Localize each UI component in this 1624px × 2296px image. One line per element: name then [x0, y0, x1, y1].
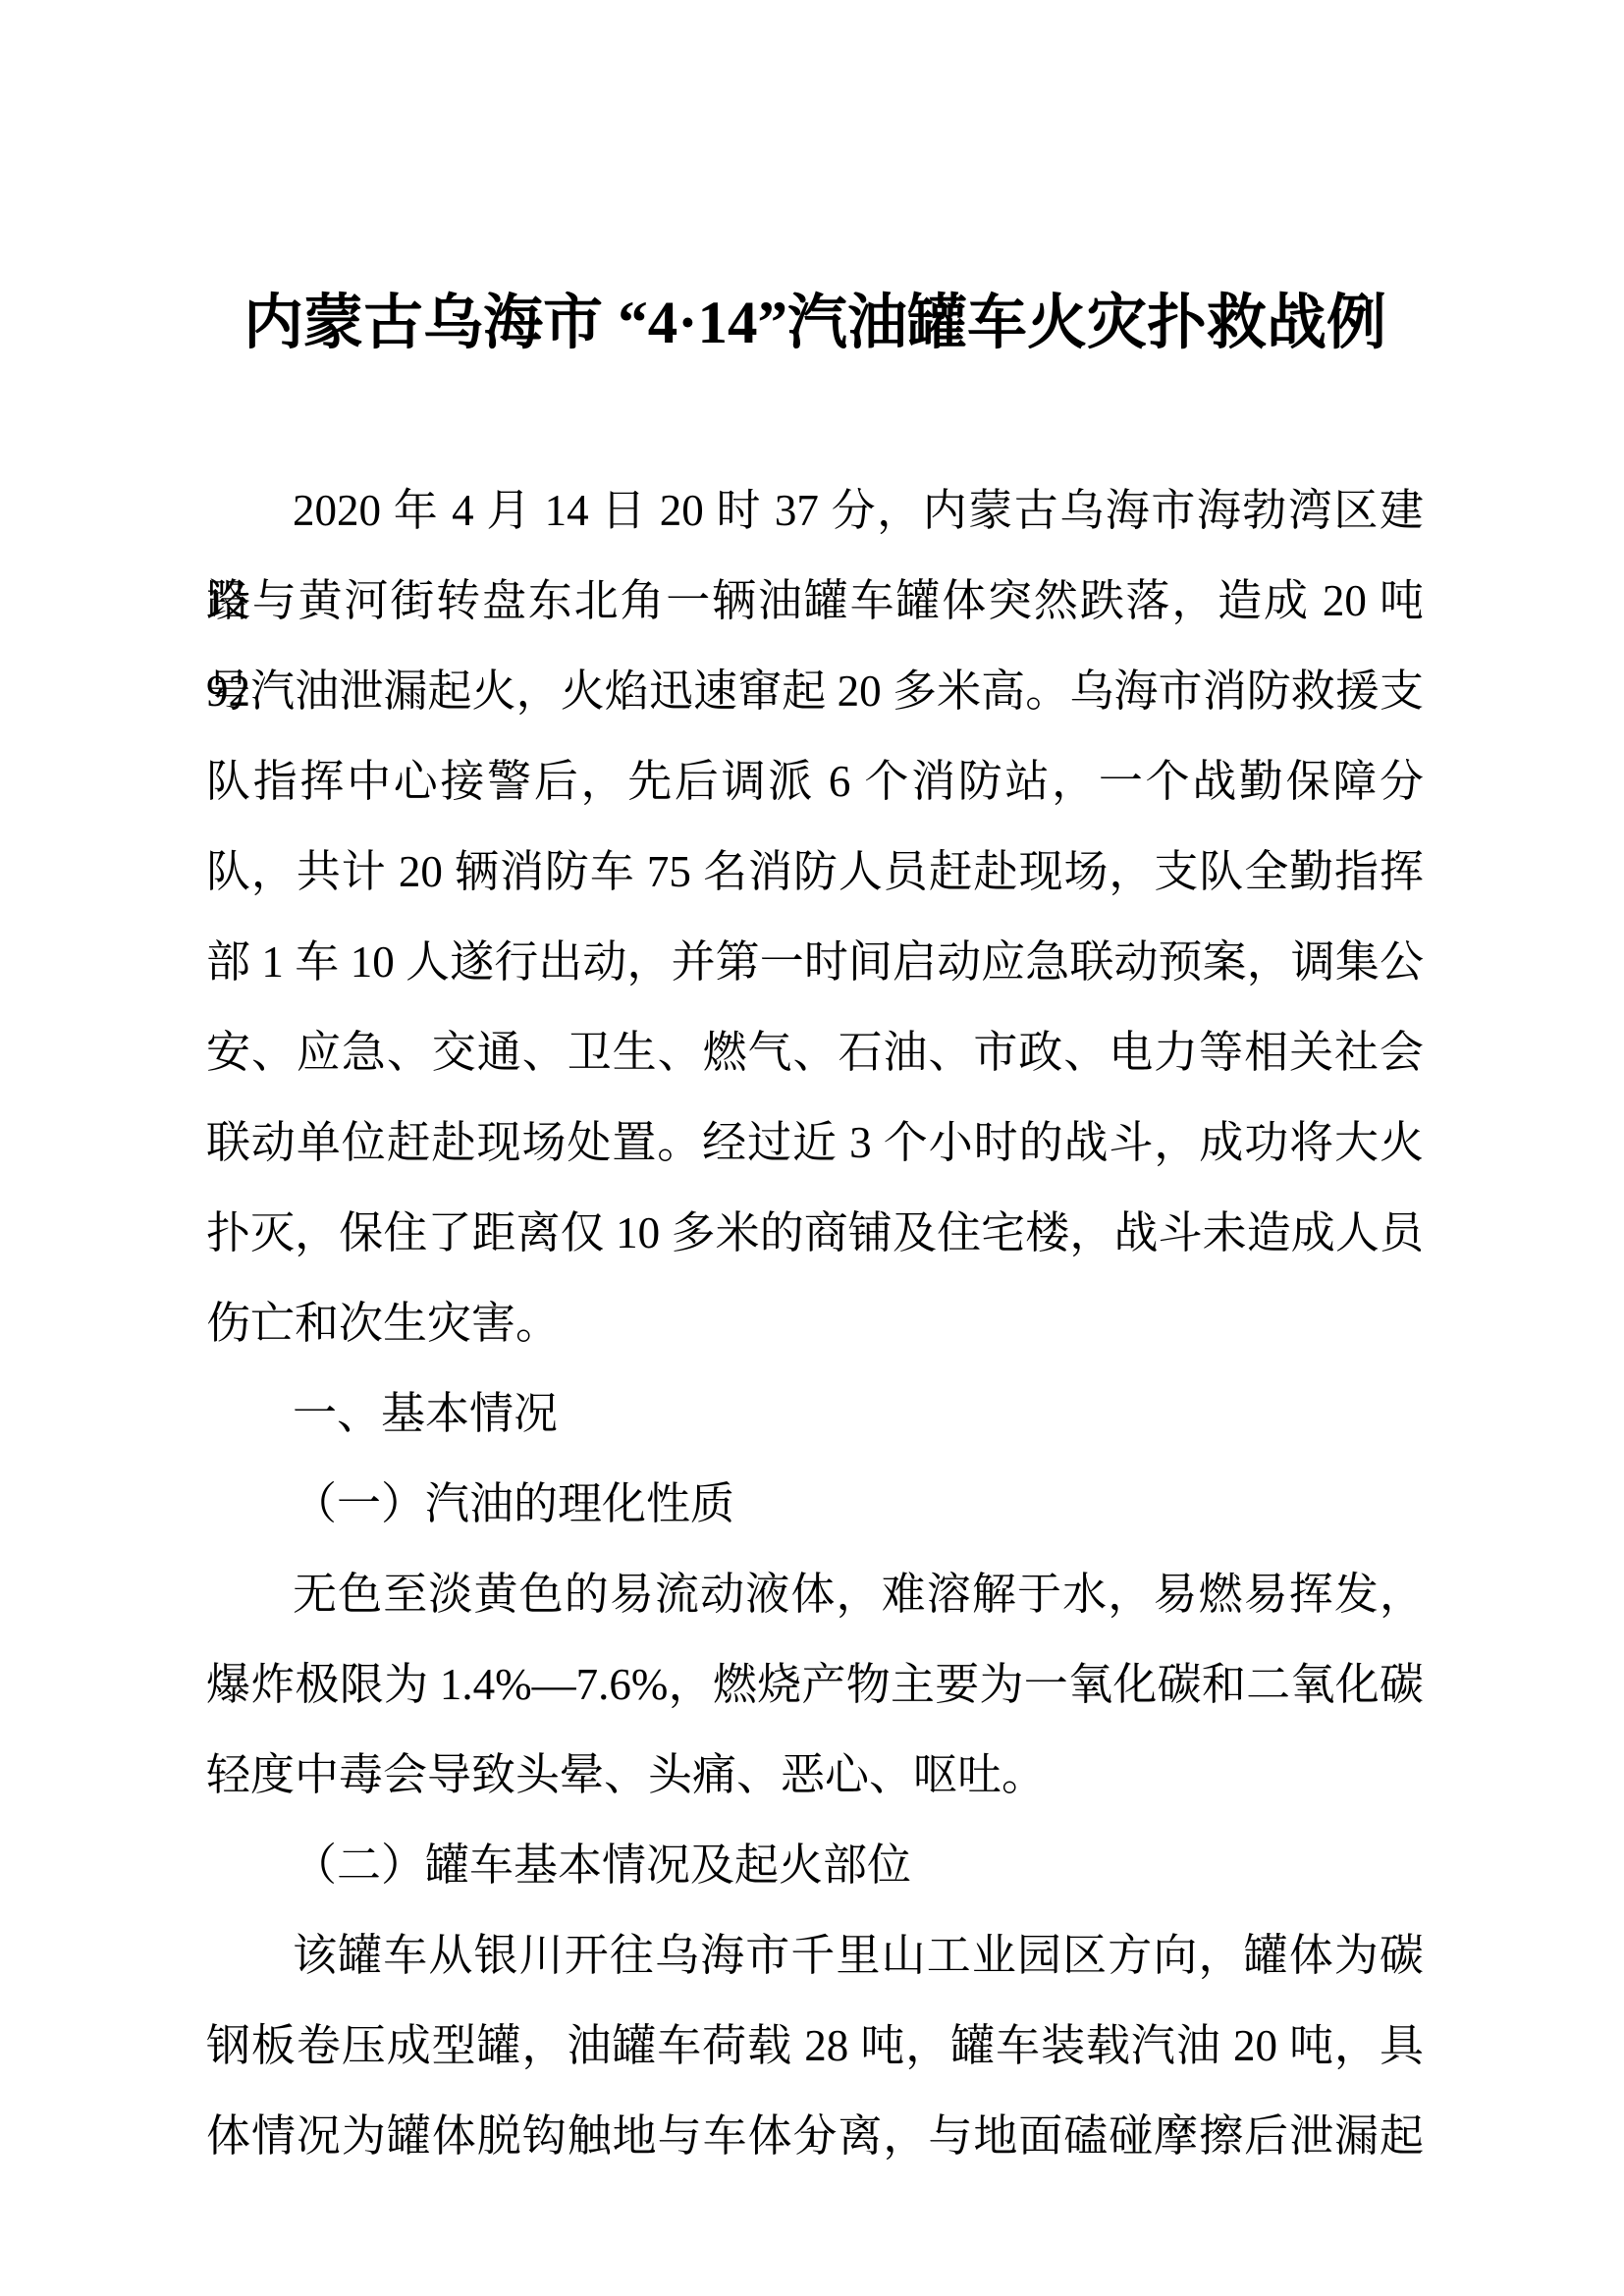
text-line: 部 1 车 10 人遂行出动，并第一时间启动应急联动预案，调集公: [206, 917, 1424, 1007]
text-line: 联动单位赶赴现场处置。经过近 3 个小时的战斗，成功将大火: [206, 1097, 1424, 1188]
section-heading: （二）罐车基本情况及起火部位: [206, 1820, 1424, 1910]
text-line: 路与黄河街转盘东北角一辆油罐车罐体突然跌落，造成 20 吨 92: [206, 556, 1424, 646]
section-heading: 一、基本情况: [206, 1368, 1424, 1459]
text-line: 队指挥中心接警后，先后调派 6 个消防站，一个战勤保障分: [206, 736, 1424, 827]
text-line: 无色至淡黄色的易流动液体，难溶解于水，易燃易挥发，: [206, 1549, 1424, 1639]
text-line: 爆炸极限为 1.4%—7.6%，燃烧产物主要为一氧化碳和二氧化碳: [206, 1639, 1424, 1730]
text-line: （一）汽油的理化性质: [206, 1459, 1424, 1549]
document-body: 2020 年 4 月 14 日 20 时 37 分，内蒙古乌海市海勃湾区建设路与…: [206, 465, 1424, 2181]
text-line: 钢板卷压成型罐，油罐车荷载 28 吨，罐车装载汽油 20 吨，具: [206, 2001, 1424, 2091]
text-line: 伤亡和次生灾害。: [206, 1278, 1424, 1368]
text-line: 安、应急、交通、卫生、燃气、石油、市政、电力等相关社会: [206, 1007, 1424, 1097]
text-line: 号汽油泄漏起火，火焰迅速窜起 20 多米高。乌海市消防救援支: [206, 646, 1424, 736]
document-page: 内蒙古乌海市 “4·14”汽油罐车火灾扑救战例 2020 年 4 月 14 日 …: [0, 0, 1624, 2296]
text-line: 2020 年 4 月 14 日 20 时 37 分，内蒙古乌海市海勃湾区建设: [206, 465, 1424, 556]
paragraph: 无色至淡黄色的易流动液体，难溶解于水，易燃易挥发，爆炸极限为 1.4%—7.6%…: [206, 1549, 1424, 1820]
text-line: （二）罐车基本情况及起火部位: [206, 1820, 1424, 1910]
text-line: 一、基本情况: [206, 1368, 1424, 1459]
text-line: 扑灭，保住了距离仅 10 多米的商铺及住宅楼，战斗未造成人员: [206, 1188, 1424, 1278]
text-line: 队，共计 20 辆消防车 75 名消防人员赶赴现场，支队全勤指挥: [206, 827, 1424, 917]
paragraph: 2020 年 4 月 14 日 20 时 37 分，内蒙古乌海市海勃湾区建设路与…: [206, 465, 1424, 1368]
text-line: 该罐车从银川开往乌海市千里山工业园区方向，罐体为碳: [206, 1910, 1424, 2001]
section-heading: （一）汽油的理化性质: [206, 1459, 1424, 1549]
text-line: 轻度中毒会导致头晕、头痛、恶心、呕吐。: [206, 1730, 1424, 1820]
document-title: 内蒙古乌海市 “4·14”汽油罐车火灾扑救战例: [206, 0, 1424, 369]
page-number: 1: [0, 2112, 1624, 2162]
document-content: 内蒙古乌海市 “4·14”汽油罐车火灾扑救战例 2020 年 4 月 14 日 …: [206, 0, 1424, 2181]
